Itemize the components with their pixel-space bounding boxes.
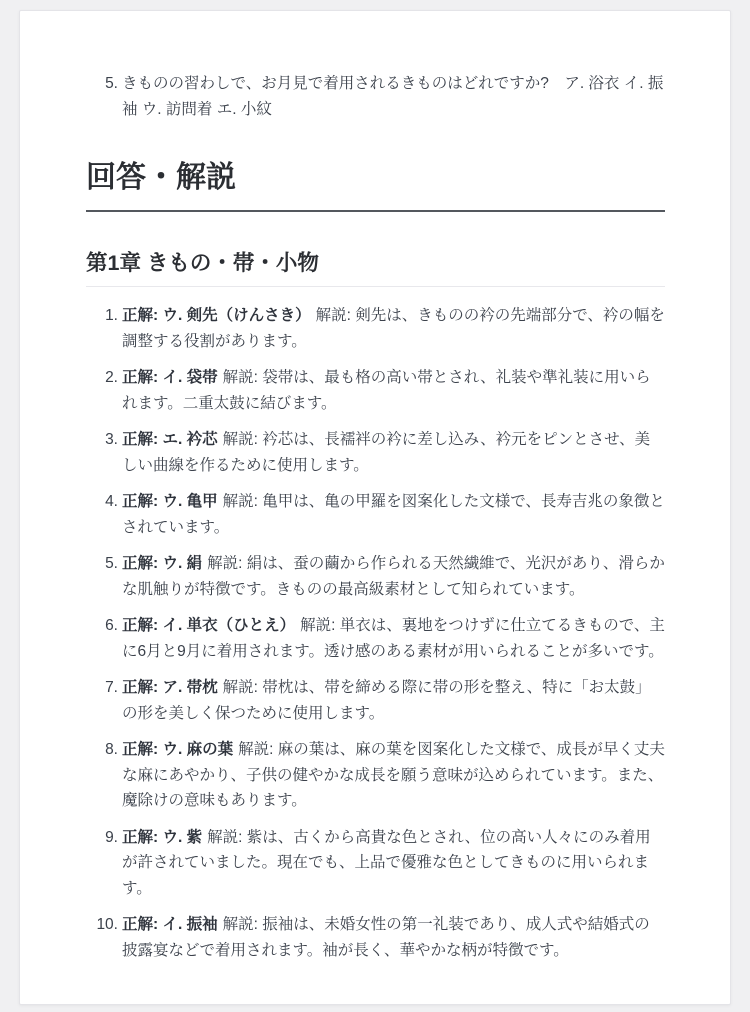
page-title: 回答・解説 bbox=[86, 160, 665, 212]
answer-number: 7. bbox=[86, 675, 118, 701]
answer-number: 1. bbox=[86, 303, 118, 329]
question-item: 5. きものの習わしで、お月見で着用されるきものはどれですか? ア. 浴衣 イ.… bbox=[86, 71, 665, 122]
answer-number: 4. bbox=[86, 489, 118, 515]
answer-label: 正解: イ. 単衣（ひとえ） bbox=[122, 617, 295, 634]
answer-number: 8. bbox=[86, 737, 118, 763]
answer-item: 5. 正解: ウ. 絹解説: 絹は、蚕の繭から作られる天然繊維で、光沢があり、滑… bbox=[86, 551, 665, 602]
answer-label: 正解: イ. 袋帯 bbox=[122, 369, 218, 386]
question-number: 5. bbox=[86, 71, 118, 97]
answer-label: 正解: ウ. 紫 bbox=[122, 829, 202, 846]
question-list: 5. きものの習わしで、お月見で着用されるきものはどれですか? ア. 浴衣 イ.… bbox=[86, 71, 665, 122]
answer-label: 正解: ウ. 剣先（けんさき） bbox=[122, 307, 311, 324]
explanation-text: 解説: 絹は、蚕の繭から作られる天然繊維で、光沢があり、滑らかな肌触りが特徴です… bbox=[122, 555, 665, 598]
chapter-heading: 第1章 きもの・帯・小物 bbox=[86, 250, 665, 287]
answer-list: 1. 正解: ウ. 剣先（けんさき）解説: 剣先は、きものの衿の先端部分で、衿の… bbox=[86, 303, 665, 963]
answer-item: 8. 正解: ウ. 麻の葉解説: 麻の葉は、麻の葉を図案化した文様で、成長が早く… bbox=[86, 737, 665, 814]
answer-item: 9. 正解: ウ. 紫解説: 紫は、古くから高貴な色とされ、位の高い人々にのみ着… bbox=[86, 825, 665, 902]
answer-item: 1. 正解: ウ. 剣先（けんさき）解説: 剣先は、きものの衿の先端部分で、衿の… bbox=[86, 303, 665, 354]
question-text: きものの習わしで、お月見で着用されるきものはどれですか? ア. 浴衣 イ. 振袖… bbox=[122, 71, 665, 122]
answer-label: 正解: イ. 振袖 bbox=[122, 916, 218, 933]
answer-number: 9. bbox=[86, 825, 118, 851]
answer-number: 3. bbox=[86, 427, 118, 453]
document-page: 5. きものの習わしで、お月見で着用されるきものはどれですか? ア. 浴衣 イ.… bbox=[19, 10, 731, 1005]
answer-number: 6. bbox=[86, 613, 118, 639]
answer-item: 3. 正解: エ. 衿芯解説: 衿芯は、長襦袢の衿に差し込み、衿元をピンとさせ、… bbox=[86, 427, 665, 478]
answer-item: 7. 正解: ア. 帯枕解説: 帯枕は、帯を締める際に帯の形を整え、特に「お太鼓… bbox=[86, 675, 665, 726]
answer-item: 4. 正解: ウ. 亀甲解説: 亀甲は、亀の甲羅を図案化した文様で、長寿吉兆の象… bbox=[86, 489, 665, 540]
answer-label: 正解: ウ. 絹 bbox=[122, 555, 202, 572]
answer-number: 5. bbox=[86, 551, 118, 577]
answer-number: 10. bbox=[86, 912, 118, 938]
answer-label: 正解: ア. 帯枕 bbox=[122, 679, 218, 696]
answer-item: 10. 正解: イ. 振袖解説: 振袖は、未婚女性の第一礼装であり、成人式や結婚… bbox=[86, 912, 665, 963]
answer-label: 正解: エ. 衿芯 bbox=[122, 431, 218, 448]
answer-label: 正解: ウ. 麻の葉 bbox=[122, 741, 233, 758]
answer-item: 2. 正解: イ. 袋帯解説: 袋帯は、最も格の高い帯とされ、礼装や準礼装に用い… bbox=[86, 365, 665, 416]
answer-label: 正解: ウ. 亀甲 bbox=[122, 493, 218, 510]
answer-item: 6. 正解: イ. 単衣（ひとえ）解説: 単衣は、裏地をつけずに仕立てるきもので… bbox=[86, 613, 665, 664]
answer-number: 2. bbox=[86, 365, 118, 391]
